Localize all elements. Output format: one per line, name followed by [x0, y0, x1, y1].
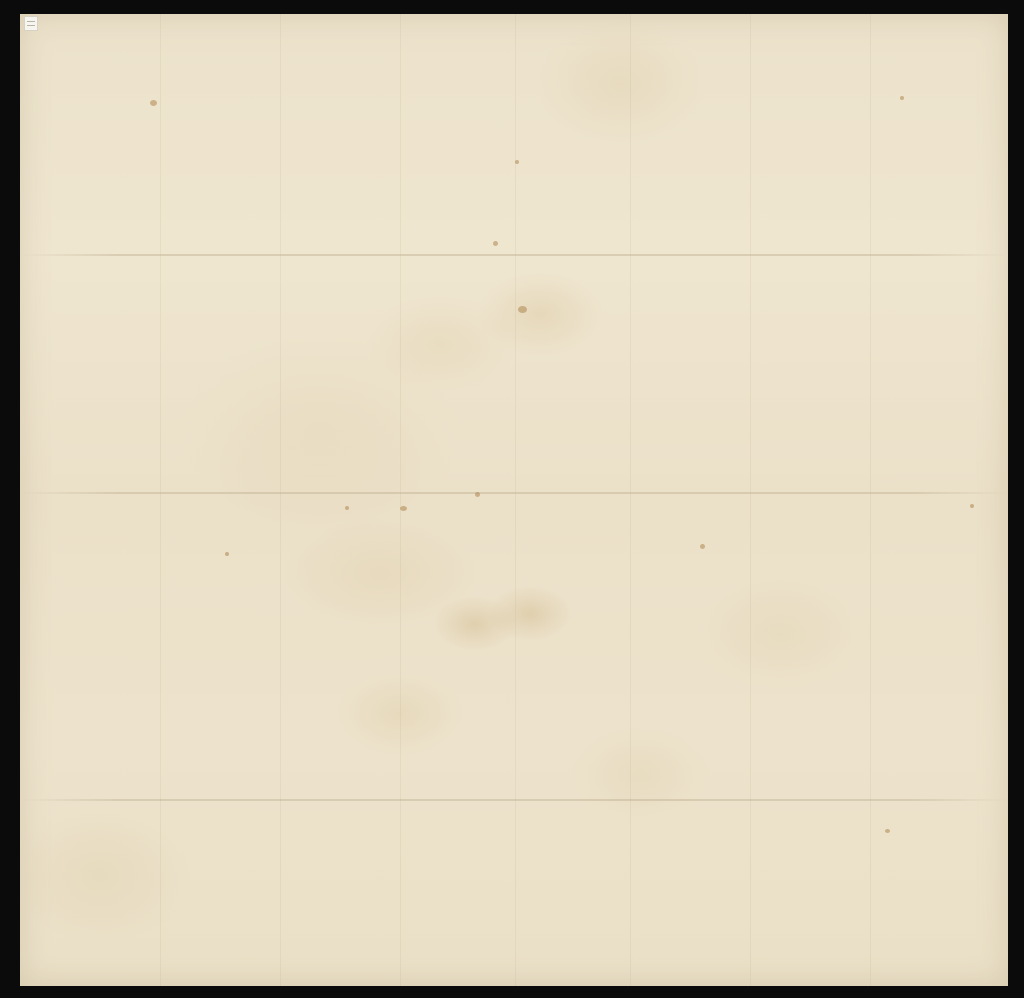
fold-line: [20, 492, 1008, 494]
panel-seam: [750, 14, 751, 986]
panel-seam: [630, 14, 631, 986]
panel-seam: [400, 14, 401, 986]
stain-spot: [518, 306, 527, 313]
fold-line: [20, 254, 1008, 256]
panel-seam: [870, 14, 871, 986]
stain-spot: [400, 506, 407, 511]
stain-spot: [900, 96, 904, 100]
fold-line: [20, 799, 1008, 801]
panel-seam: [160, 14, 161, 986]
stain-spot: [345, 506, 349, 510]
stain-spot: [475, 492, 480, 497]
quilt: Whitework quilt photographed flat on a b…: [20, 14, 1008, 986]
stain-spot: [885, 829, 890, 833]
stain-spot: [970, 504, 974, 508]
stain-spot: [515, 160, 519, 164]
panel-seam: [280, 14, 281, 986]
stain-spot: [493, 241, 498, 246]
label-tag: [24, 16, 38, 31]
stain-spot: [700, 544, 705, 549]
stain-spot: [225, 552, 229, 556]
stain-spot: [150, 100, 157, 106]
